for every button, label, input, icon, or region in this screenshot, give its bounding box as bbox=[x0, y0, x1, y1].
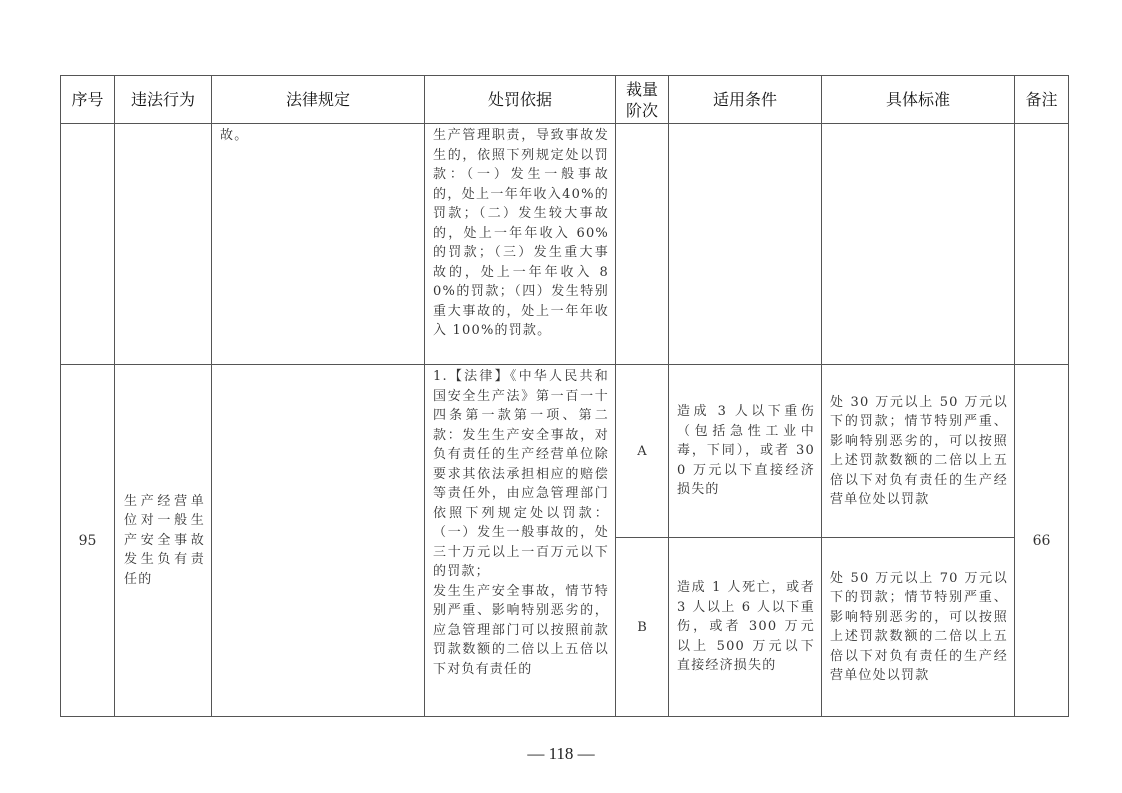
cell-standard-a: 处 30 万元以上 50 万元以下的罚款；情节特别严重、影响特别恶劣的，可以按照… bbox=[822, 365, 1015, 538]
header-standard: 具体标准 bbox=[822, 76, 1015, 124]
table-row-continuation: 故。 生产管理职责，导致事故发生的，依照下列规定处以罚款：（一）发生一般事故的，… bbox=[61, 124, 1069, 365]
header-remarks: 备注 bbox=[1015, 76, 1069, 124]
cell-standard bbox=[822, 124, 1015, 365]
page-number: — 118 — bbox=[0, 744, 1122, 764]
cell-violation bbox=[115, 124, 212, 365]
header-seq: 序号 bbox=[61, 76, 115, 124]
penalty-basis-text: 生产管理职责，导致事故发生的，依照下列规定处以罚款：（一）发生一般事故的，处上一… bbox=[425, 124, 615, 343]
penalty-basis-text: 1.【法律】《中华人民共和国安全生产法》第一百一十四条第一款第一项、第二款：发生… bbox=[425, 365, 615, 681]
cell-conditions-b: 造成 1 人死亡，或者 3 人以上 6 人以下重伤，或者 300 万元以上 50… bbox=[669, 538, 822, 717]
conditions-text-a: 造成 3 人以下重伤（包括急性工业中毒，下同），或者 300 万元以下直接经济损… bbox=[669, 400, 821, 502]
cell-seq bbox=[61, 124, 115, 365]
cell-remarks bbox=[1015, 124, 1069, 365]
cell-discretion-level bbox=[616, 124, 669, 365]
header-row: 序号 违法行为 法律规定 处罚依据 裁量阶次 适用条件 具体标准 备注 bbox=[61, 76, 1069, 124]
header-discretion-level-label: 裁量阶次 bbox=[624, 79, 660, 121]
header-discretion-level: 裁量阶次 bbox=[616, 76, 669, 124]
penalty-discretion-table: 序号 违法行为 法律规定 处罚依据 裁量阶次 适用条件 具体标准 备注 故。 生… bbox=[60, 75, 1069, 717]
header-conditions: 适用条件 bbox=[669, 76, 822, 124]
cell-seq: 95 bbox=[61, 365, 115, 717]
table-row-95-level-a: 95 生产经营单位对一般生产安全事故发生负有责任的 1.【法律】《中华人民共和国… bbox=[61, 365, 1069, 538]
legal-provision-text: 故。 bbox=[212, 124, 424, 148]
header-penalty-basis: 处罚依据 bbox=[425, 76, 616, 124]
cell-standard-b: 处 50 万元以上 70 万元以下的罚款；情节特别严重、影响特别恶劣的，可以按照… bbox=[822, 538, 1015, 717]
cell-conditions-a: 造成 3 人以下重伤（包括急性工业中毒，下同），或者 300 万元以下直接经济损… bbox=[669, 365, 822, 538]
header-violation: 违法行为 bbox=[115, 76, 212, 124]
cell-remarks: 66 bbox=[1015, 365, 1069, 717]
cell-discretion-level-a: A bbox=[616, 365, 669, 538]
standard-text-b: 处 50 万元以上 70 万元以下的罚款；情节特别严重、影响特别恶劣的，可以按照… bbox=[822, 567, 1014, 688]
cell-discretion-level-b: B bbox=[616, 538, 669, 717]
cell-penalty-basis: 生产管理职责，导致事故发生的，依照下列规定处以罚款：（一）发生一般事故的，处上一… bbox=[425, 124, 616, 365]
violation-text: 生产经营单位对一般生产安全事故发生负有责任的 bbox=[115, 490, 211, 592]
standard-text-a: 处 30 万元以上 50 万元以下的罚款；情节特别严重、影响特别恶劣的，可以按照… bbox=[822, 391, 1014, 512]
cell-violation: 生产经营单位对一般生产安全事故发生负有责任的 bbox=[115, 365, 212, 717]
header-legal-provision: 法律规定 bbox=[212, 76, 425, 124]
cell-penalty-basis: 1.【法律】《中华人民共和国安全生产法》第一百一十四条第一款第一项、第二款：发生… bbox=[425, 365, 616, 717]
cell-legal-provision: 故。 bbox=[212, 124, 425, 365]
cell-conditions bbox=[669, 124, 822, 365]
conditions-text-b: 造成 1 人死亡，或者 3 人以上 6 人以下重伤，或者 300 万元以上 50… bbox=[669, 576, 821, 678]
cell-legal-provision bbox=[212, 365, 425, 717]
